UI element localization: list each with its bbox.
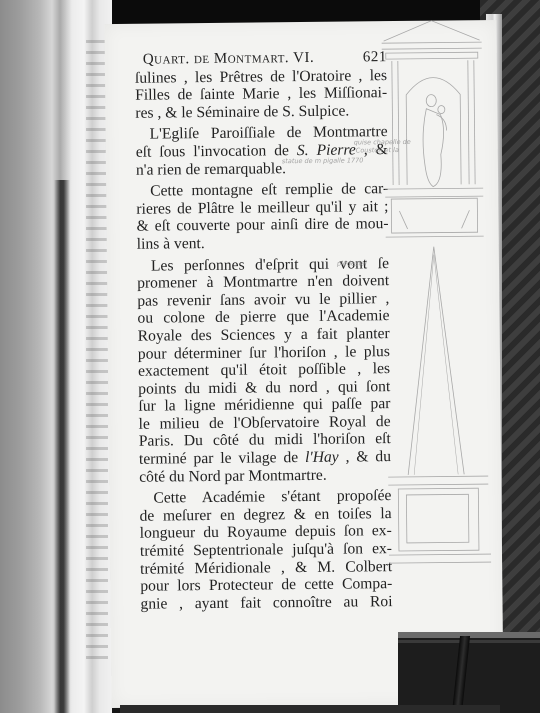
left-facing-pages — [0, 0, 112, 713]
gutter-shadow — [54, 180, 70, 713]
pencil-note: piédestal — [337, 260, 367, 267]
scan-background: 0150 Quart. de Montmart. VI. 621 ſulines… — [0, 0, 540, 713]
running-head-title: Quart. de Montmart. VI. — [143, 50, 315, 69]
italic-phrase: l'Hay — [305, 449, 339, 466]
book-page: Quart. de Montmart. VI. 621 ſulines , le… — [104, 20, 503, 708]
text-line: Royale des Sciences y a fait planter — [138, 325, 390, 345]
text-line: trémité Septentrionale juſqu'à ſon ex- — [140, 540, 392, 560]
page-text: Quart. de Montmart. VI. 621 ſulines , le… — [135, 49, 393, 613]
text-lines: ſulines , les Prêtres de l'Oratoire , le… — [135, 67, 393, 613]
text-line: exactement qu'il étoit poſſible , les — [138, 360, 390, 380]
text-line: gnie , ayant fait connoître au Roi — [140, 593, 392, 613]
bottom-edge — [120, 705, 500, 713]
text-line: terminé par le vilage de l'Hay , & du — [139, 448, 391, 468]
pencil-sketch-monument — [379, 14, 495, 575]
pencil-note: statue de m pigalle 1770 — [282, 157, 364, 165]
text-line: promener à Montmartre n'en doivent — [137, 272, 389, 292]
text-line: & eſt couverte pour ainſi dire de mou- — [136, 215, 388, 235]
text-line: Filles de ſainte Marie , les Miſſionai- — [135, 84, 387, 104]
text-line: Cette montagne eſt remplie de car- — [136, 180, 388, 200]
